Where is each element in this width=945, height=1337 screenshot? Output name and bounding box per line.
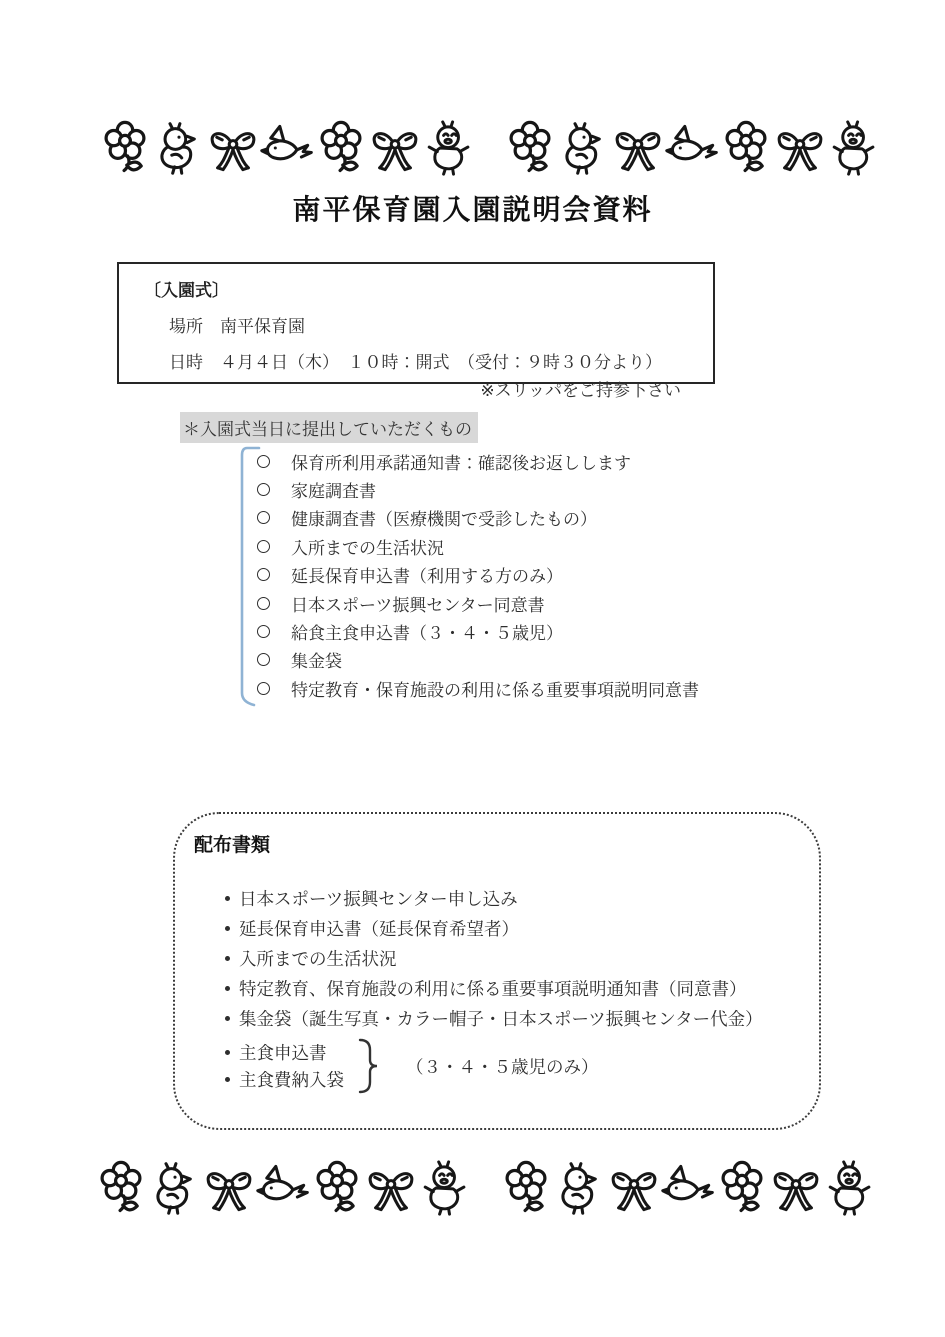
- list-item-label: 延長保育申込書（利用する方のみ）: [291, 562, 563, 587]
- list-item: 集金袋: [254, 646, 699, 674]
- ribbon-icon: [769, 1156, 823, 1220]
- circle-bullet-icon: [257, 540, 270, 553]
- grouped-items-row: 主食申込書 主食費納入袋 （３・４・５歳児のみ）: [175, 1036, 819, 1096]
- list-item: 健康調査書（医療機関で受診したもの）: [254, 504, 699, 532]
- chick-icon: [553, 1156, 607, 1220]
- circle-bullet-icon: [257, 455, 270, 468]
- list-item: 集金袋（誕生写真・カラー帽子・日本スポーツ振興センター代金）: [175, 1003, 819, 1033]
- circle-bullet-icon: [257, 682, 270, 695]
- flower-icon: [98, 116, 152, 180]
- page-title: 南平保育園入園説明会資料: [0, 188, 945, 228]
- ribbon-icon: [773, 116, 827, 180]
- list-item-label: 延長保育申込書（延長保育希望者）: [239, 916, 519, 941]
- flower-icon: [314, 116, 368, 180]
- handouts-heading: 配布書類: [194, 830, 819, 857]
- dot-bullet-icon: [225, 986, 230, 991]
- flower-icon: [719, 116, 773, 180]
- circle-bullet-icon: [257, 625, 270, 638]
- list-item: 入所までの生活状況: [254, 532, 699, 560]
- flower-icon: [310, 1156, 364, 1220]
- bird-icon: [260, 116, 314, 180]
- list-item: 家庭調査書: [254, 475, 699, 503]
- list-item: 入所までの生活状況: [175, 943, 819, 973]
- bird-icon: [665, 116, 719, 180]
- decoration-group: [94, 1156, 472, 1220]
- flower-icon: [499, 1156, 553, 1220]
- decoration-group: [503, 116, 881, 180]
- top-decoration-border: [98, 116, 881, 180]
- list-item-label: 主食費納入袋: [239, 1067, 344, 1092]
- document-page: 南平保育園入園説明会資料 〔入園式〕 場所 南平保育園 日時 ４月４日（木） １…: [0, 0, 945, 1337]
- duck-icon: [823, 1156, 877, 1220]
- right-brace-decoration: [356, 1036, 380, 1096]
- list-item-label: 日本スポーツ振興センター申し込み: [239, 886, 518, 911]
- submission-heading: ＊入園式当日に提出していただくもの: [180, 412, 478, 443]
- list-item-label: 特定教育・保育施設の利用に係る重要事項説明同意書: [291, 676, 699, 701]
- circle-bullet-icon: [257, 511, 270, 524]
- list-item-label: 主食申込書: [239, 1040, 327, 1065]
- grouped-items: 主食申込書 主食費納入袋: [225, 1039, 344, 1093]
- ceremony-info-box: 〔入園式〕 場所 南平保育園 日時 ４月４日（木） １０時：開式 （受付：９時３…: [117, 262, 715, 384]
- list-item: 特定教育・保育施設の利用に係る重要事項説明同意書: [254, 674, 699, 702]
- dot-bullet-icon: [225, 1016, 230, 1021]
- flower-icon: [94, 1156, 148, 1220]
- list-item-label: 入所までの生活状況: [291, 534, 444, 559]
- list-item: 給食主食申込書（３・４・５歳児）: [254, 617, 699, 645]
- circle-bullet-icon: [257, 597, 270, 610]
- list-item: 延長保育申込書（延長保育希望者）: [175, 913, 819, 943]
- dot-bullet-icon: [225, 896, 230, 901]
- chick-icon: [148, 1156, 202, 1220]
- ribbon-icon: [611, 116, 665, 180]
- bird-icon: [256, 1156, 310, 1220]
- list-item-label: 集金袋（誕生写真・カラー帽子・日本スポーツ振興センター代金）: [239, 1006, 763, 1031]
- list-item-label: 日本スポーツ振興センター同意書: [291, 591, 545, 616]
- dot-bullet-icon: [225, 1050, 230, 1055]
- decoration-group: [499, 1156, 877, 1220]
- chick-icon: [152, 116, 206, 180]
- list-item-label: 家庭調査書: [291, 477, 376, 502]
- ceremony-heading: 〔入園式〕: [144, 276, 713, 301]
- list-item-label: 特定教育、保育施設の利用に係る重要事項説明通知書（同意書）: [239, 976, 747, 1001]
- list-item: 主食費納入袋: [225, 1066, 344, 1093]
- bottom-decoration-border: [94, 1156, 877, 1220]
- flower-icon: [503, 116, 557, 180]
- ribbon-icon: [206, 116, 260, 180]
- ribbon-icon: [607, 1156, 661, 1220]
- list-item-label: 入所までの生活状況: [239, 946, 397, 971]
- ribbon-icon: [364, 1156, 418, 1220]
- chick-icon: [557, 116, 611, 180]
- list-item: 日本スポーツ振興センター申し込み: [175, 883, 819, 913]
- duck-icon: [827, 116, 881, 180]
- list-item-label: 健康調査書（医療機関で受診したもの）: [291, 505, 597, 530]
- handouts-box: 配布書類 日本スポーツ振興センター申し込み 延長保育申込書（延長保育希望者） 入…: [173, 812, 821, 1130]
- ceremony-slippers-note: ※スリッパをご持参下さい: [119, 376, 681, 401]
- circle-bullet-icon: [257, 483, 270, 496]
- ribbon-icon: [202, 1156, 256, 1220]
- flower-icon: [715, 1156, 769, 1220]
- dot-bullet-icon: [225, 1077, 230, 1082]
- bird-icon: [661, 1156, 715, 1220]
- submission-list: 保育所利用承諾通知書：確認後お返しします 家庭調査書 健康調査書（医療機関で受診…: [254, 447, 699, 703]
- duck-icon: [422, 116, 476, 180]
- list-item-label: 給食主食申込書（３・４・５歳児）: [291, 619, 563, 644]
- dot-bullet-icon: [225, 956, 230, 961]
- dot-bullet-icon: [225, 926, 230, 931]
- duck-icon: [418, 1156, 472, 1220]
- list-item: 特定教育、保育施設の利用に係る重要事項説明通知書（同意書）: [175, 973, 819, 1003]
- list-item: 日本スポーツ振興センター同意書: [254, 589, 699, 617]
- list-item: 保育所利用承諾通知書：確認後お返しします: [254, 447, 699, 475]
- circle-bullet-icon: [257, 568, 270, 581]
- list-item-label: 集金袋: [291, 647, 342, 672]
- group-note: （３・４・５歳児のみ）: [406, 1054, 599, 1079]
- ceremony-datetime-line: 日時 ４月４日（木） １０時：開式 （受付：９時３０分より）: [169, 348, 713, 373]
- list-item-label: 保育所利用承諾通知書：確認後お返しします: [291, 449, 631, 474]
- ribbon-icon: [368, 116, 422, 180]
- decoration-group: [98, 116, 476, 180]
- handouts-list: 日本スポーツ振興センター申し込み 延長保育申込書（延長保育希望者） 入所までの生…: [175, 883, 819, 1096]
- list-item: 主食申込書: [225, 1039, 344, 1066]
- ceremony-place-line: 場所 南平保育園: [169, 312, 713, 337]
- list-item: 延長保育申込書（利用する方のみ）: [254, 561, 699, 589]
- circle-bullet-icon: [257, 653, 270, 666]
